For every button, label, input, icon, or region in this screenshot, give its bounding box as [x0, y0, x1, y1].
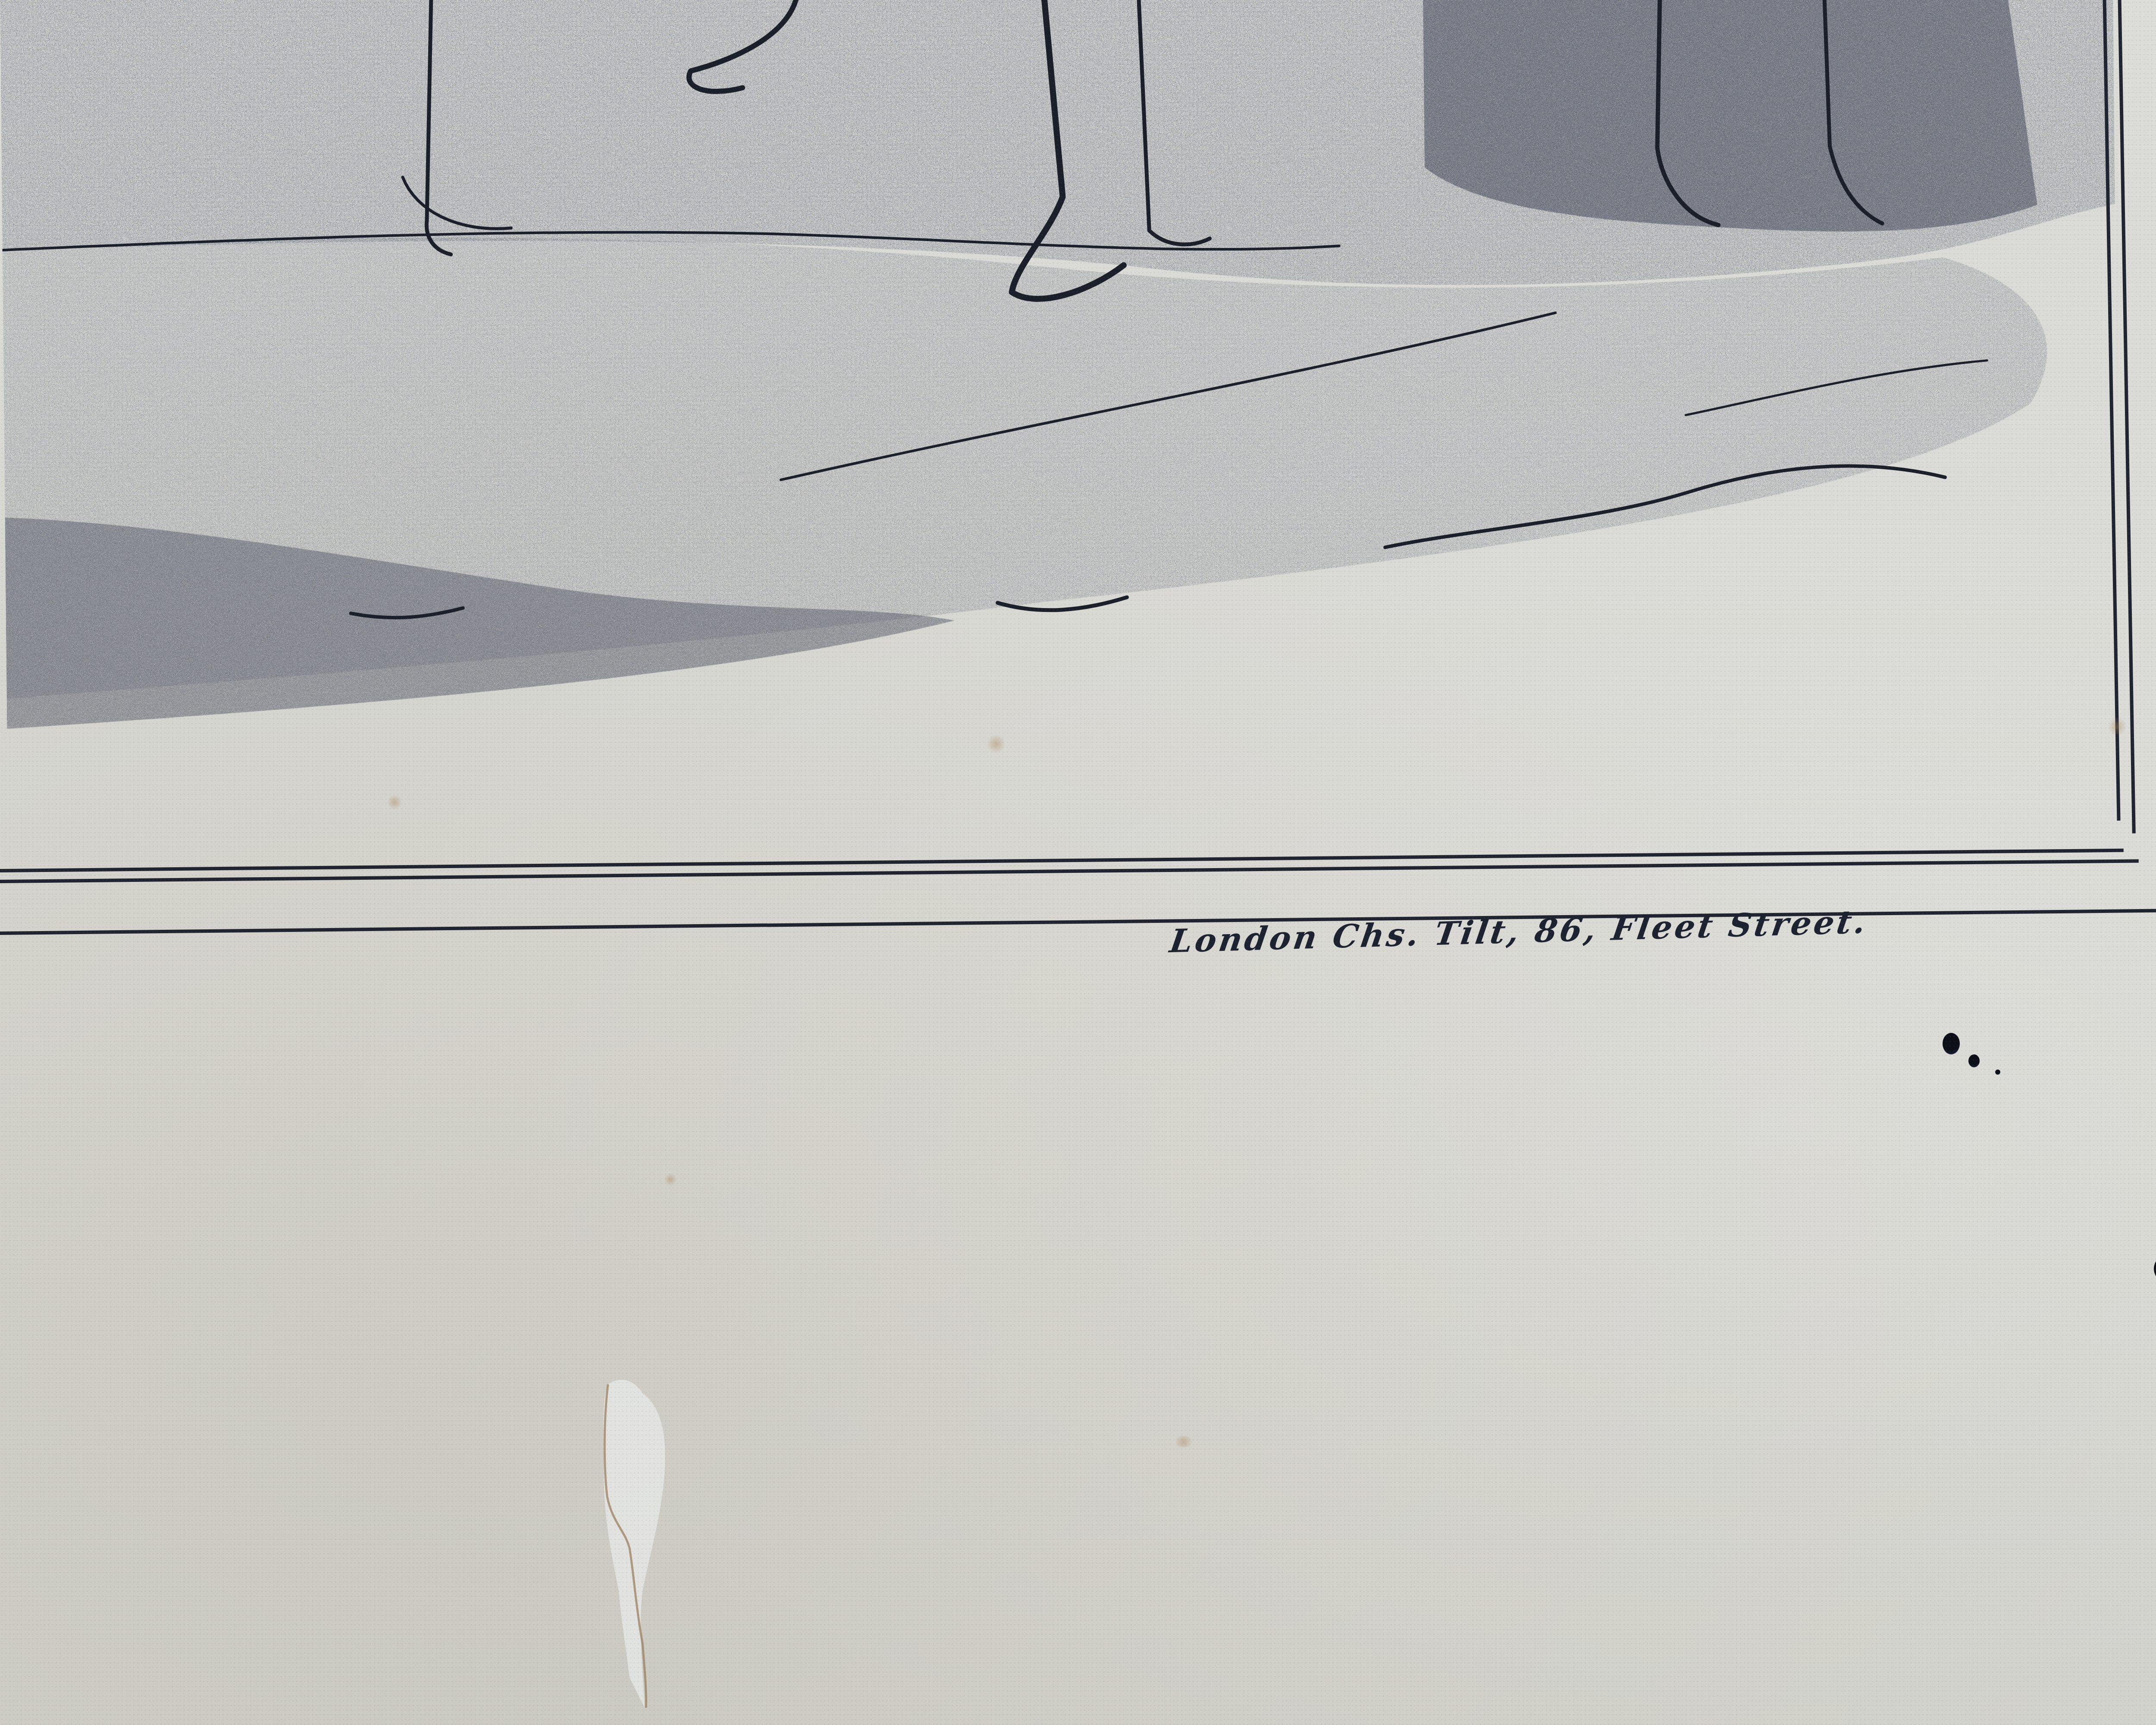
ink-blot [1943, 1033, 1960, 1054]
paper-abrasion [595, 1367, 681, 1712]
ink-blot [1968, 1054, 1980, 1067]
abrasion-mark [595, 1367, 681, 1712]
inner-border-rule-bottom [0, 859, 2139, 883]
ink-blot [1995, 1069, 2000, 1075]
paper-sheet: London Chs. Tilt, 86, Fleet Street. [0, 0, 2156, 1725]
ink-blot [2154, 1257, 2156, 1280]
lithograph-illustration [0, 0, 2156, 854]
inner-border-rule-top [0, 849, 2124, 872]
foxing-spot [388, 793, 401, 811]
illustration-art [0, 0, 2156, 854]
publisher-imprint: London Chs. Tilt, 86, Fleet Street. [1167, 903, 1871, 960]
foxing-spot [987, 733, 1005, 755]
foxing-spot [2109, 716, 2126, 737]
foxing-spot [1173, 1436, 1194, 1447]
foxing-spot [664, 1173, 677, 1186]
